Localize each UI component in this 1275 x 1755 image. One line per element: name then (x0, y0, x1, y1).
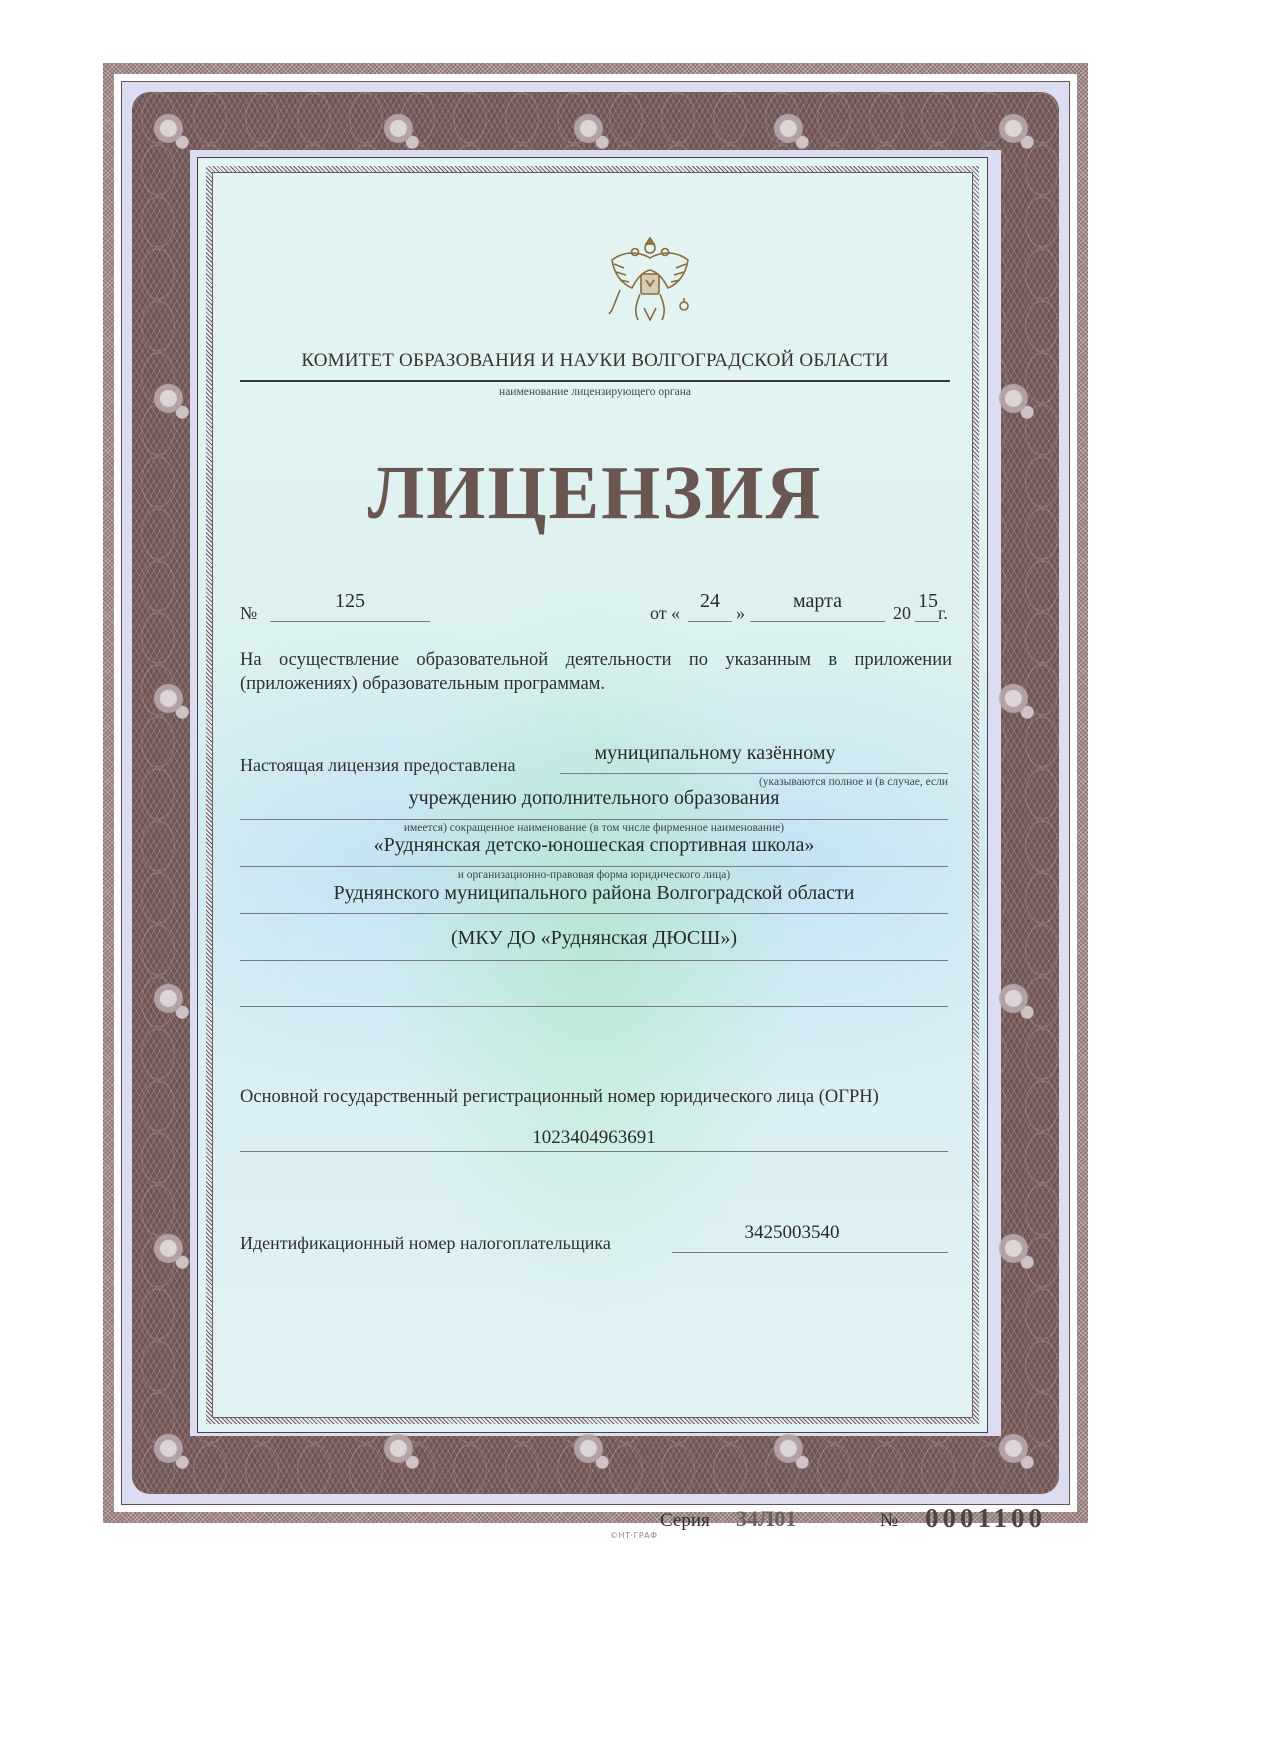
year-underline (915, 621, 939, 622)
acanthus-ornament-icon (150, 110, 196, 156)
ogrn-label: Основной государственный регистрационный… (240, 1087, 952, 1108)
coat-of-arms-icon (600, 230, 700, 330)
licensee-line-5: (МКУ ДО «Руднянская ДЮСШ») (240, 927, 948, 950)
acanthus-ornament-icon (570, 1430, 616, 1476)
licensee-caption-3: и организационно-правовая форма юридичес… (240, 869, 948, 881)
licensee-line-1: муниципальному казённому (560, 742, 870, 765)
issuer-name: КОМИТЕТ ОБРАЗОВАНИЯ И НАУКИ ВОЛГОГРАДСКО… (240, 350, 950, 372)
licensee-underline-6 (240, 1006, 948, 1007)
date-quote-close: » (736, 603, 745, 624)
acanthus-ornament-icon (995, 1430, 1041, 1476)
acanthus-ornament-icon (995, 680, 1041, 726)
ogrn-underline (240, 1151, 948, 1152)
granted-label: Настоящая лицензия предоставлена (240, 755, 515, 776)
acanthus-ornament-icon (995, 110, 1041, 156)
licensee-line-4: Руднянского муниципального района Волгог… (240, 882, 948, 905)
licensee-line-2: учреждению дополнительного образования (240, 787, 948, 810)
blank-number: 0001100 (925, 1503, 1046, 1534)
acanthus-ornament-icon (770, 110, 816, 156)
license-number: 125 (270, 590, 430, 613)
blank-number-label: № (880, 1510, 898, 1532)
year-prefix: 20 (893, 603, 911, 624)
licensee-caption-2: имеется) сокращенное наименование (в том… (240, 822, 948, 834)
acanthus-ornament-icon (380, 110, 426, 156)
ogrn-value: 1023404963691 (240, 1127, 948, 1149)
inn-label: Идентификационный номер налогоплательщик… (240, 1233, 611, 1254)
date-day-underline (688, 621, 732, 622)
series-value: 34Л01 (736, 1506, 796, 1532)
date-month-underline (750, 621, 885, 622)
inn-underline (672, 1252, 948, 1253)
acanthus-ornament-icon (150, 1230, 196, 1276)
acanthus-ornament-icon (995, 380, 1041, 426)
acanthus-ornament-icon (150, 380, 196, 426)
licensee-underline-2 (240, 819, 948, 820)
licensee-underline-1 (560, 773, 948, 774)
licensee-underline-3 (240, 866, 948, 867)
acanthus-ornament-icon (150, 680, 196, 726)
date-prefix: от « (650, 603, 680, 624)
acanthus-ornament-icon (150, 1430, 196, 1476)
issuer-underline (240, 380, 950, 382)
licensee-line-3: «Руднянская детско-юношеская спортивная … (240, 834, 948, 857)
acanthus-ornament-icon (770, 1430, 816, 1476)
acanthus-ornament-icon (150, 980, 196, 1026)
license-purpose: На осуществление образовательной деятель… (240, 648, 952, 696)
year-label: г. (938, 603, 948, 624)
inn-value: 3425003540 (672, 1222, 912, 1244)
acanthus-ornament-icon (380, 1430, 426, 1476)
acanthus-ornament-icon (995, 1230, 1041, 1276)
acanthus-ornament-icon (570, 110, 616, 156)
acanthus-ornament-icon (995, 980, 1041, 1026)
issuer-caption: наименование лицензирующего органа (240, 386, 950, 398)
date-month: марта (750, 590, 885, 613)
licensee-underline-4 (240, 913, 948, 914)
licensee-underline-5 (240, 960, 948, 961)
license-number-label: № (240, 603, 257, 624)
printer-mark: ©НТ·ГРАФ (610, 1531, 658, 1540)
document-title: ЛИЦЕНЗИЯ (240, 450, 950, 537)
date-day: 24 (688, 590, 732, 613)
license-number-underline (270, 621, 430, 622)
series-label: Серия (660, 1510, 710, 1532)
